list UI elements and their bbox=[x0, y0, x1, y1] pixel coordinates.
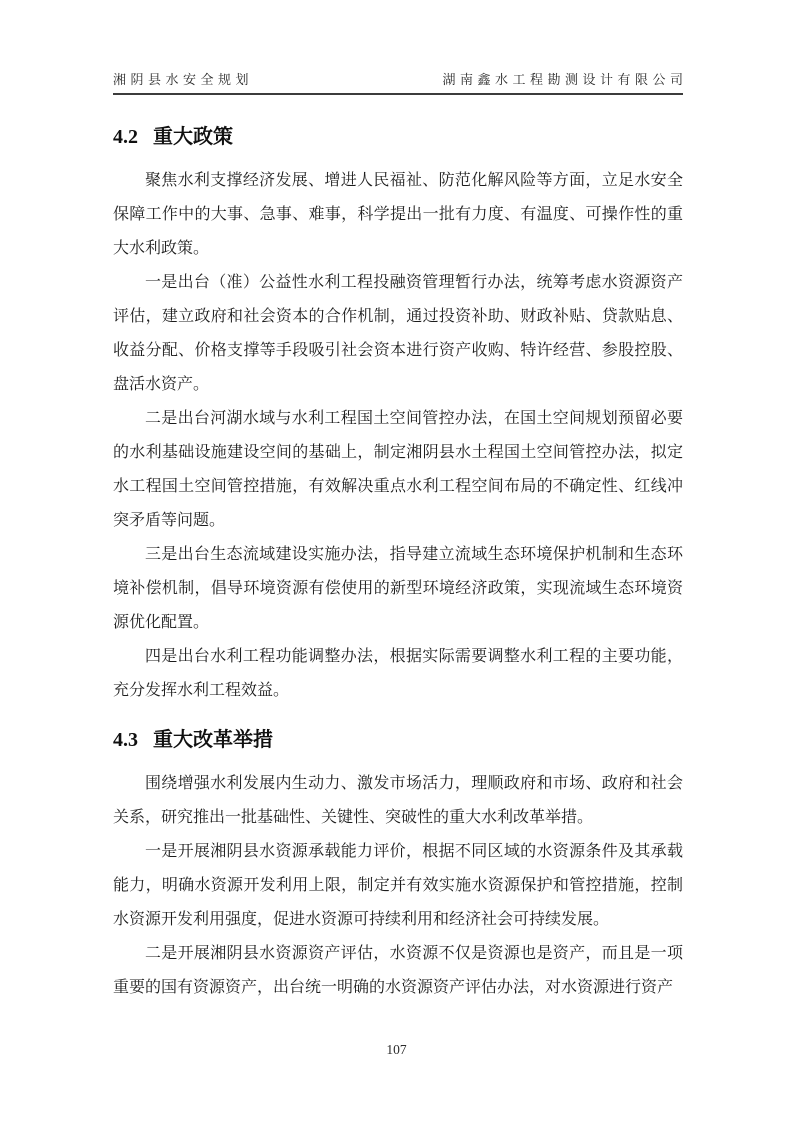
paragraph-intro-reforms: 围绕增强水利发展内生动力、激发市场活力，理顺政府和市场、政府和社会关系，研究推出… bbox=[113, 767, 683, 835]
paragraph-reform-1: 一是开展湘阴县水资源承载能力评价，根据不同区域的水资源条件及其承载能力，明确水资… bbox=[113, 835, 683, 937]
section-heading-4-2: 4.2 重大政策 bbox=[113, 123, 683, 151]
section-number: 4.3 bbox=[113, 726, 138, 754]
paragraph-policy-3: 三是出台生态流域建设实施办法，指导建立流域生态环境保护机制和生态环境补偿机制，倡… bbox=[113, 538, 683, 640]
header-doc-title: 湘阴县水安全规划 bbox=[113, 72, 253, 88]
header-company-name: 湖南鑫水工程勘测设计有限公司 bbox=[442, 72, 687, 88]
paragraph-intro-policies: 聚焦水利支撑经济发展、增进人民福祉、防范化解风险等方面，立足水安全保障工作中的大… bbox=[113, 164, 683, 266]
paragraph-reform-2: 二是开展湘阴县水资源资产评估，水资源不仅是资源也是资产，而且是一项重要的国有资源… bbox=[113, 937, 683, 1005]
section-title: 重大改革举措 bbox=[153, 726, 273, 754]
page-number: 107 bbox=[0, 1042, 793, 1058]
paragraph-policy-4: 四是出台水利工程功能调整办法，根据实际需要调整水利工程的主要功能，充分发挥水利工… bbox=[113, 640, 683, 708]
section-heading-4-3: 4.3 重大改革举措 bbox=[113, 726, 683, 754]
section-title: 重大政策 bbox=[153, 123, 233, 151]
paragraph-policy-1: 一是出台（准）公益性水利工程投融资管理暂行办法，统筹考虑水资源资产评估，建立政府… bbox=[113, 266, 683, 402]
document-page: 湘阴县水安全规划 湖南鑫水工程勘测设计有限公司 4.2 重大政策 聚焦水利支撑经… bbox=[0, 0, 793, 1122]
paragraph-policy-2: 二是出台河湖水域与水利工程国土空间管控办法，在国土空间规划预留必要的水利基础设施… bbox=[113, 402, 683, 538]
page-header: 湘阴县水安全规划 湖南鑫水工程勘测设计有限公司 bbox=[113, 72, 683, 95]
section-number: 4.2 bbox=[113, 123, 138, 151]
